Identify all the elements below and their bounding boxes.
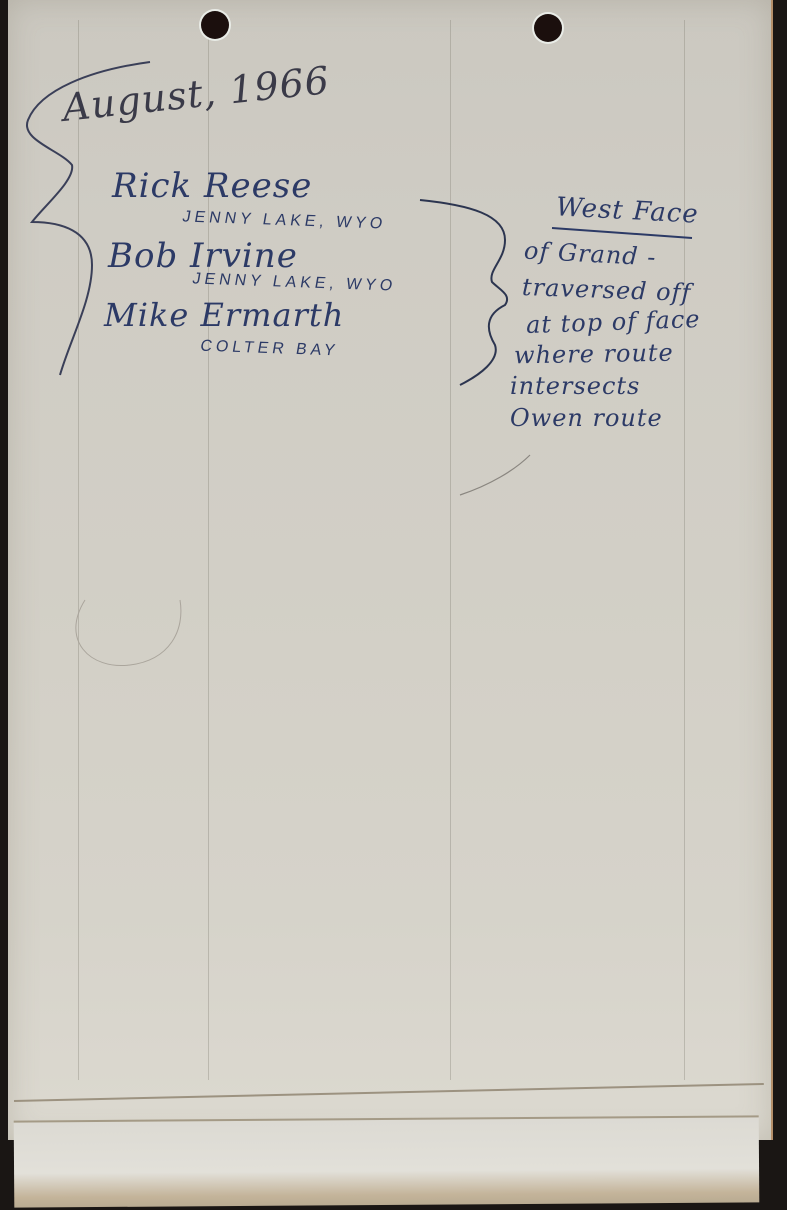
paper-bottom-flap (14, 1115, 760, 1207)
ruled-line (450, 20, 451, 1080)
ruled-line (78, 20, 79, 1080)
route-note-line: traversed off (522, 273, 692, 307)
climber-name: Mike Ermarth (104, 296, 344, 334)
route-note-line: intersects (510, 372, 640, 400)
punch-hole-right (534, 14, 562, 42)
route-note-line: Owen route (510, 404, 663, 432)
route-note-line: where route (514, 339, 674, 370)
climber-name: Rick Reese (112, 166, 312, 206)
punch-hole-left (201, 11, 229, 39)
ruled-line (684, 20, 685, 1080)
